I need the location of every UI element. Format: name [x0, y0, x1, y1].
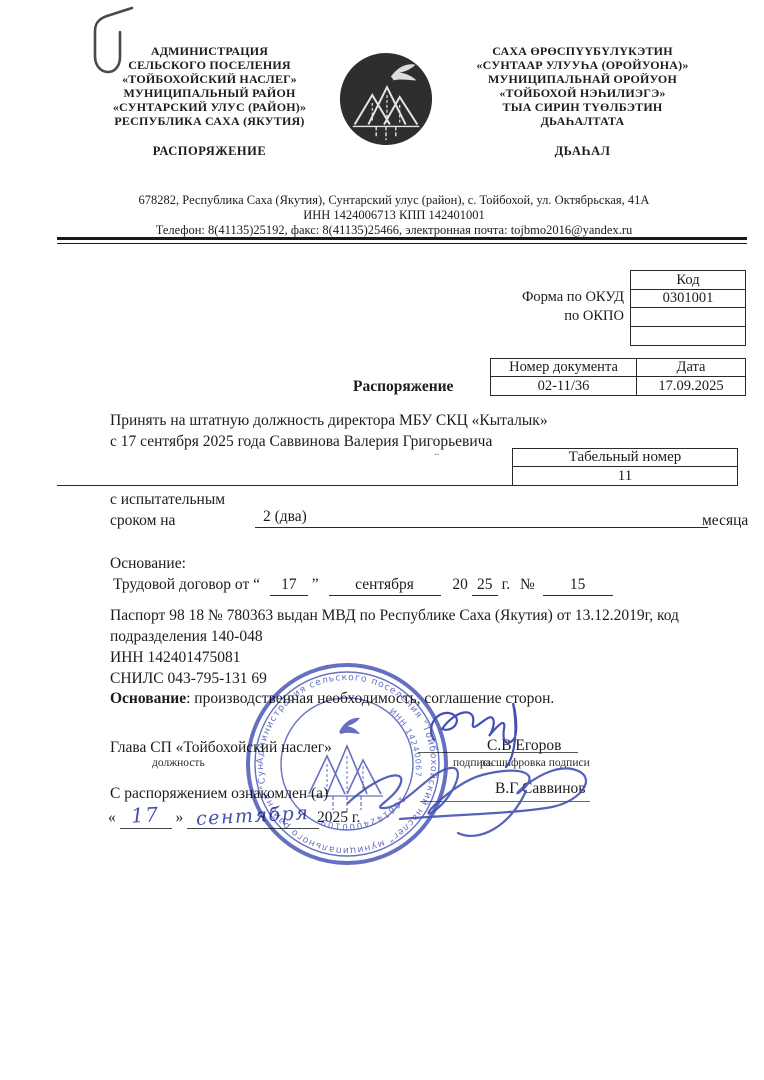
basis2-label: Основание [110, 690, 186, 707]
scanned-document-page: АДМИНИСТРАЦИЯ СЕЛЬСКОГО ПОСЕЛЕНИЯ «ТОЙБО… [0, 0, 764, 1080]
doc-type-yakut: ДЬАҺАЛ [450, 144, 715, 159]
okud-code-value: 0301001 [630, 289, 746, 308]
okud-code-table: Код 0301001 [630, 270, 746, 346]
header-left-line: «СУНТАРСКИЙ УЛУС (РАЙОН)» [92, 100, 327, 114]
doc-number-header: Номер документа [490, 358, 636, 377]
okpo-label: по ОКПО [420, 308, 624, 325]
basis1-label: Основание: [110, 553, 186, 574]
doc-title: Распоряжение [353, 378, 453, 396]
contract-prefix: Трудовой договор от “ [113, 576, 260, 593]
header-right-block: САХА ӨРӨСПҮҮБҮЛҮКЭТИН «СУНТААР УЛУУҺА (О… [450, 44, 715, 128]
section-rule [57, 485, 512, 486]
contract-number: 15 [543, 574, 613, 596]
double-rule [57, 237, 747, 244]
doc-date-value: 17.09.2025 [636, 377, 746, 396]
empty-code-cell [630, 327, 746, 346]
probation-label2: сроком на [110, 510, 175, 531]
header-left-line: СЕЛЬСКОГО ПОСЕЛЕНИЯ [92, 58, 327, 72]
passport-line2: подразделения 140-048 [110, 626, 690, 647]
order-body-line1: Принять на штатную должность директора М… [110, 410, 670, 431]
scan-mark: .. [434, 446, 440, 458]
header-left-block: АДМИНИСТРАЦИЯ СЕЛЬСКОГО ПОСЕЛЕНИЯ «ТОЙБО… [92, 44, 327, 128]
order-body: Принять на штатную должность директора М… [110, 410, 670, 452]
municipal-emblem-icon [337, 50, 435, 148]
header-left-line: АДМИНИСТРАЦИЯ [92, 44, 327, 58]
probation-label1: с испытательным [110, 489, 225, 510]
contacts-address: 678282, Республика Саха (Якутия), Сунтар… [60, 193, 728, 208]
probation-value: 2 (два) [255, 506, 708, 528]
okud-code-header: Код [630, 270, 746, 289]
header-right-line: «СУНТААР УЛУУҺА (ОРОЙУОНА)» [450, 58, 715, 72]
contract-year-suffix: г. [502, 576, 510, 593]
header-right-line: ТЫА СИРИН ТҮӨЛБЭТИН [450, 100, 715, 114]
personnel-number-value: 11 [512, 467, 738, 486]
position-caption: должность [152, 757, 205, 769]
contract-no-sign: № [520, 576, 535, 593]
header-left-line: РЕСПУБЛИКА САХА (ЯКУТИЯ) [92, 114, 327, 128]
doc-number-value: 02-11/36 [490, 377, 636, 396]
ack-signature-ink [348, 768, 586, 836]
doc-date-header: Дата [636, 358, 746, 377]
contract-year-prefix: 20 [452, 576, 468, 593]
personnel-number-header: Табельный номер [512, 448, 738, 467]
header-right-line: «ТОЙБОХОЙ НЭҺИЛИЭГЭ» [450, 86, 715, 100]
head-signature-ink [431, 703, 516, 767]
header-right-line: ДЬАҺАЛТАТА [450, 114, 715, 128]
personnel-number-table: Табельный номер 11 [512, 448, 738, 486]
date-close-quote: » [176, 809, 184, 826]
header-left-line: «ТОЙБОХОЙСКИЙ НАСЛЕГ» [92, 72, 327, 86]
header-right-line: МУНИЦИПАЛЬНАЙ ОРОЙУОН [450, 72, 715, 86]
contract-year: 25 [472, 574, 498, 596]
contacts-phone-email: Телефон: 8(41135)25192, факс: 8(41135)25… [60, 223, 728, 238]
contract-day: 17 [270, 574, 308, 596]
contract-month: сентября [329, 574, 441, 596]
header-left-line: МУНИЦИПАЛЬНЫЙ РАЙОН [92, 86, 327, 100]
handwritten-signatures [330, 695, 660, 845]
contacts-block: 678282, Республика Саха (Якутия), Сунтар… [60, 193, 728, 238]
probation-suffix: месяца [702, 510, 748, 531]
okpo-code-value [630, 308, 746, 327]
doc-type-russian: РАСПОРЯЖЕНИЕ [92, 144, 327, 159]
contract-close-quote: ” [312, 576, 319, 593]
date-day-blank: 17 [120, 805, 172, 829]
handwritten-day: 17 [131, 804, 161, 826]
header-right-line: САХА ӨРӨСПҮҮБҮЛҮКЭТИН [450, 44, 715, 58]
passport-line1: Паспорт 98 18 № 780363 выдан МВД по Респ… [110, 605, 690, 626]
contract-line: Трудовой договор от “ 17 ” сентября 20 2… [113, 574, 613, 596]
doc-number-table: Номер документа Дата 02-11/36 17.09.2025 [490, 358, 746, 396]
date-open-quote: « [108, 809, 116, 826]
okud-label: Форма по ОКУД [420, 289, 624, 306]
contacts-inn-kpp: ИНН 1424006713 КПП 142401001 [60, 208, 728, 223]
